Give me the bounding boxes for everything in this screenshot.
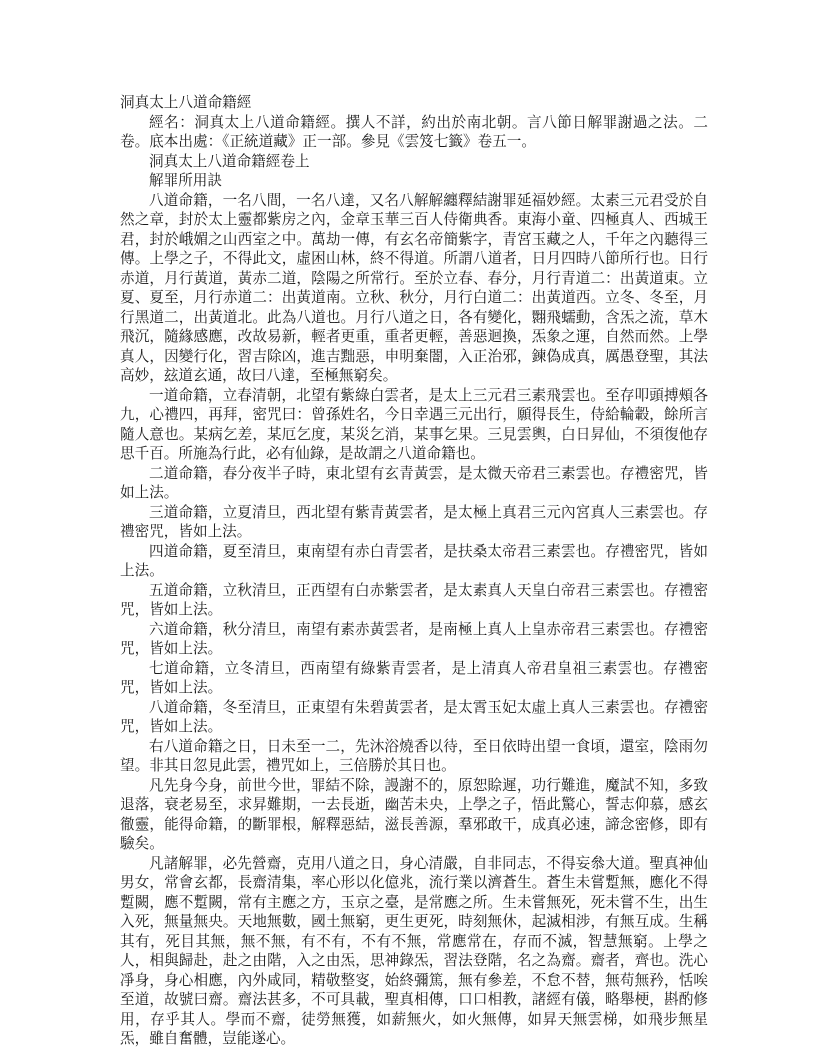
document-title: 洞真太上八道命籍經 [120, 93, 708, 113]
document-page: 洞真太上八道命籍經 經名：洞真太上八道命籍經。撰人不詳，約出於南北朝。言八節日解… [120, 93, 708, 1049]
paragraph-body: 凡諸解罪，必先營齋，克用八道之日，身心清嚴，自非同志，不得妄叅大道。聖真神仙男女… [120, 854, 708, 1049]
paragraph-volume-heading: 洞真太上八道命籍經卷上 [120, 152, 708, 172]
paragraph-body: 四道命籍，夏至清旦，東南望有赤白青雲者，是扶桑太帝君三素雲也。存禮密咒，皆如上法… [120, 542, 708, 581]
paragraph-body: 七道命籍，立冬清旦，西南望有綠紫青雲者，是上清真人帝君皇祖三素雲也。存禮密咒，皆… [120, 659, 708, 698]
paragraph-body: 五道命籍，立秋清旦，正西望有白赤紫雲者，是太素真人天皇白帝君三素雲也。存禮密咒，… [120, 581, 708, 620]
paragraph-body: 二道命籍，春分夜半子時，東北望有玄青黃雲，是太微天帝君三素雲也。存禮密咒，皆如上… [120, 464, 708, 503]
paragraph-body: 八道命籍，冬至清旦，正東望有朱碧黃雲者，是太霄玉妃太虛上真人三素雲也。存禮密咒，… [120, 698, 708, 737]
paragraph-body: 凡先身今身，前世今世，罪結不除，謾謝不的，原恕賒遲，功行難進，魔試不知，多致退落… [120, 776, 708, 854]
paragraph-body: 六道命籍，秋分清旦，南望有素赤黃雲者，是南極上真人上皇赤帝君三素雲也。存禮密咒，… [120, 620, 708, 659]
paragraph-body: 一道命籍，立春清朝，北望有紫綠白雲者，是太上三元君三素飛雲也。至存叩頭搏頰各九，… [120, 386, 708, 464]
paragraph-body: 三道命籍，立夏清旦，西北望有紫青黃雲者，是太極上真君三元內宮真人三素雲也。存禮密… [120, 503, 708, 542]
paragraph-body: 右八道命籍之日，日未至一二，先沐浴燒香以待，至日依時出望一食頃，還室，陰雨勿望。… [120, 737, 708, 776]
paragraph-scripture-info: 經名：洞真太上八道命籍經。撰人不詳，約出於南北朝。言八節日解罪謝過之法。二卷。底… [120, 113, 708, 152]
paragraph-body: 八道命籍，一名八間，一名八達，又名八解解纏釋結謝罪延福妙經。太素三元君受於自然之… [120, 191, 708, 386]
paragraph-section-heading: 解罪所用訣 [120, 171, 708, 191]
